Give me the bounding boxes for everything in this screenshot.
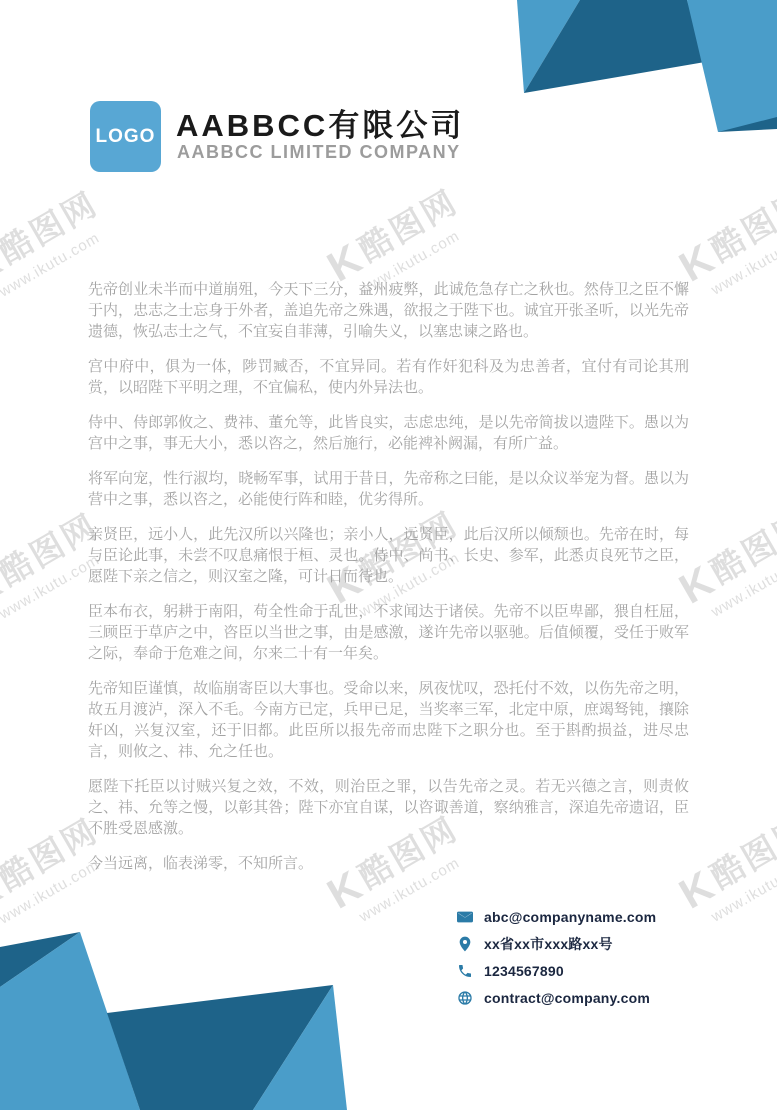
contact-row-email: abc@companyname.com	[456, 904, 656, 930]
watermark-k-logo: K	[0, 862, 12, 919]
topright-light-triangle	[687, 0, 777, 132]
letter-paragraph: 愿陛下托臣以讨贼兴复之效，不效，则治臣之罪，以告先帝之灵。若无兴德之言，则责攸之…	[88, 776, 689, 839]
watermark-k-logo: K	[0, 235, 12, 292]
watermark-site-name: 酷图网	[704, 810, 777, 896]
logo-label: LOGO	[96, 126, 156, 148]
contact-block: abc@companyname.com xx省xx市xxx路xx号 123456…	[456, 904, 656, 1012]
company-logo: LOGO	[90, 101, 161, 172]
letter-paragraph: 先帝知臣谨慎，故临崩寄臣以大事也。受命以来，夙夜忧叹，恐托付不效，以伤先帝之明，…	[88, 678, 689, 762]
letterhead-page: K酷图网 www.ikutu.com K酷图网 www.ikutu.com K酷…	[0, 0, 777, 1110]
company-name-zh: AABBCC有限公司	[176, 100, 464, 145]
topright-dark-triangle	[524, 0, 705, 93]
contact-phone: 1234567890	[484, 963, 564, 979]
globe-icon	[456, 990, 473, 1007]
letter-paragraph: 先帝创业未半而中道崩殂，今天下三分，益州疲弊，此诚危急存亡之秋也。然侍卫之臣不懈…	[88, 279, 689, 342]
letter-paragraph: 侍中、侍郎郭攸之、费祎、董允等，此皆良实，志虑忠纯，是以先帝简拔以遗陛下。愚以为…	[88, 412, 689, 454]
contact-email: abc@companyname.com	[484, 909, 656, 925]
watermark-url: www.ikutu.com	[696, 543, 777, 628]
bottomleft-dark-triangle	[107, 985, 333, 1110]
topright-light-wedge	[517, 0, 580, 93]
phone-icon	[456, 963, 473, 980]
letter-body: 先帝创业未半而中道崩殂，今天下三分，益州疲弊，此诚危急存亡之秋也。然侍卫之臣不懈…	[88, 279, 689, 888]
letter-paragraph: 亲贤臣，远小人，此先汉所以兴隆也；亲小人，远贤臣，此后汉所以倾颓也。先帝在时，每…	[88, 524, 689, 587]
watermark-site-name: 酷图网	[352, 183, 464, 269]
contact-website-email: contract@company.com	[484, 990, 650, 1006]
contact-address: xx省xx市xxx路xx号	[484, 934, 613, 954]
email-icon	[456, 909, 473, 926]
topright-dark-sliver	[718, 108, 777, 132]
watermark-url: www.ikutu.com	[696, 221, 777, 306]
watermark-k-logo: K	[0, 557, 12, 614]
company-name-en: AABBCC LIMITED COMPANY	[177, 142, 461, 163]
contact-row-website-email: contract@company.com	[456, 985, 656, 1011]
letter-paragraph: 宫中府中，俱为一体，陟罚臧否，不宜异同。若有作奸犯科及为忠善者，宜付有司论其刑赏…	[88, 356, 689, 398]
letter-paragraph: 今当远离，临表涕零，不知所言。	[88, 853, 689, 874]
watermark-site-name: 酷图网	[0, 185, 104, 271]
watermark-url: www.ikutu.com	[696, 848, 777, 933]
bottomleft-light-shape	[0, 932, 140, 1110]
contact-row-phone: 1234567890	[456, 958, 656, 984]
watermark-site-name: 酷图网	[704, 183, 777, 269]
bottomleft-dark-wedge	[0, 932, 80, 987]
letter-paragraph: 臣本布衣，躬耕于南阳，苟全性命于乱世，不求闻达于诸侯。先帝不以臣卑鄙，猥自枉屈，…	[88, 601, 689, 664]
watermark-site-name: 酷图网	[704, 505, 777, 591]
contact-row-address: xx省xx市xxx路xx号	[456, 931, 656, 957]
letter-paragraph: 将军向宠，性行淑均，晓畅军事，试用于昔日，先帝称之曰能，是以众议举宠为督。愚以为…	[88, 468, 689, 510]
bottomleft-light-triangle	[253, 985, 347, 1110]
location-icon	[456, 936, 473, 953]
